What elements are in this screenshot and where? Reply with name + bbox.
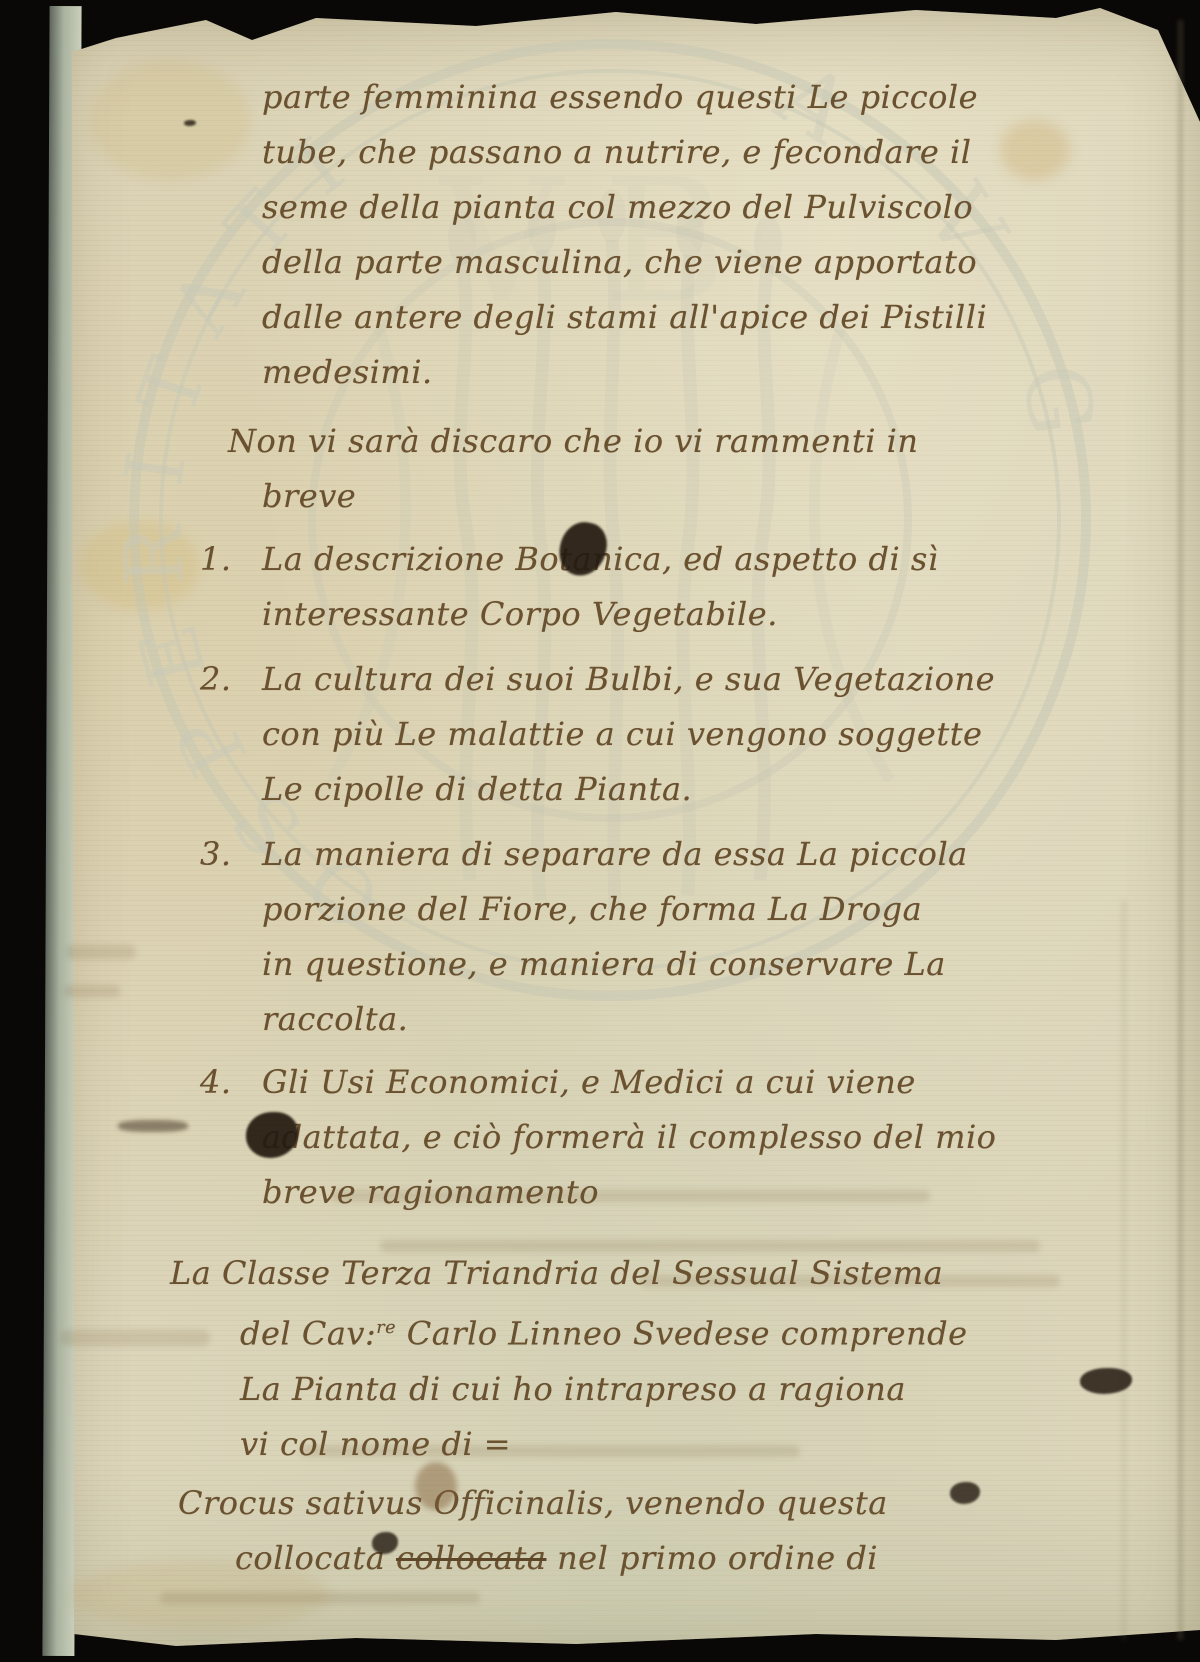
manuscript-line: seme della pianta col mezzo del Pulvisco… <box>262 180 1200 235</box>
manuscript-line: interessante Corpo Vegetabile. <box>262 587 1200 642</box>
manuscript-line: La cultura dei suoi Bulbi, e sua Vegetaz… <box>262 660 995 698</box>
manuscript-line: adattata, e ciò formerà il complesso del… <box>262 1110 1200 1165</box>
manuscript-list-item: 2.La cultura dei suoi Bulbi, e sua Veget… <box>200 652 1200 707</box>
manuscript-list-item: 1.La descrizione Botanica, ed aspetto di… <box>200 532 1200 587</box>
show-through-stain <box>160 1592 480 1604</box>
ink-smudge <box>415 1462 457 1510</box>
scan-background: OSPERITATI AVG VB parte femminina essend… <box>0 0 1200 1662</box>
manuscript-line: medesimi. <box>262 345 1200 400</box>
manuscript-line-part: del Cav: <box>240 1315 376 1353</box>
manuscript-line: La Classe Terza Triandria del Sessual Si… <box>170 1246 1200 1301</box>
manuscript-line: dalle antere degli stami all'apice dei P… <box>262 290 1200 345</box>
manuscript-list-item: 4.Gli Usi Economici, e Medici a cui vien… <box>200 1055 1200 1110</box>
manuscript-line: Gli Usi Economici, e Medici a cui viene <box>262 1063 916 1101</box>
manuscript-line: parte femminina essendo questi Le piccol… <box>262 70 1200 125</box>
manuscript-line: raccolta. <box>262 992 1200 1047</box>
manuscript-line: vi col nome di = <box>240 1417 1200 1472</box>
manuscript-line: in questione, e maniera di conservare La <box>262 937 1200 992</box>
manuscript-line: tube, che passano a nutrire, e fecondare… <box>262 125 1200 180</box>
list-number: 2. <box>200 652 262 707</box>
manuscript-line: Crocus sativus Officinalis, venendo ques… <box>178 1476 1200 1531</box>
manuscript-line-part: Carlo Linneo Svedese comprende <box>396 1315 967 1353</box>
struck-through-word: collocata <box>396 1539 546 1577</box>
margin-ink-marks <box>118 1120 188 1132</box>
list-number: 3. <box>200 827 262 882</box>
manuscript-line: breve ragionamento <box>262 1165 1200 1220</box>
manuscript-line: Non vi sarà discaro che io vi rammenti i… <box>228 414 1200 469</box>
manuscript-list-item: 3.La maniera di separare da essa La picc… <box>200 827 1200 882</box>
manuscript-line: del Cav:re Carlo Linneo Svedese comprend… <box>240 1301 1200 1362</box>
manuscript-line: La maniera di separare da essa La piccol… <box>262 835 968 873</box>
handwriting-layer: parte femminina essendo questi Le piccol… <box>0 70 1200 1586</box>
manuscript-line: La Pianta di cui ho intrapreso a ragiona <box>240 1362 1200 1417</box>
manuscript-line: breve <box>262 469 1200 524</box>
manuscript-line: porzione del Fiore, che forma La Droga <box>262 882 1200 937</box>
manuscript-line: Le cipolle di detta Pianta. <box>262 762 1200 817</box>
manuscript-line-part: nel primo ordine di <box>546 1539 878 1577</box>
superscript-abbreviation: re <box>376 1318 396 1338</box>
manuscript-line: della parte masculina, che viene apporta… <box>262 235 1200 290</box>
list-number: 1. <box>200 532 262 587</box>
list-number: 4. <box>200 1055 262 1110</box>
manuscript-line: con più Le malattie a cui vengono sogget… <box>262 707 1200 762</box>
